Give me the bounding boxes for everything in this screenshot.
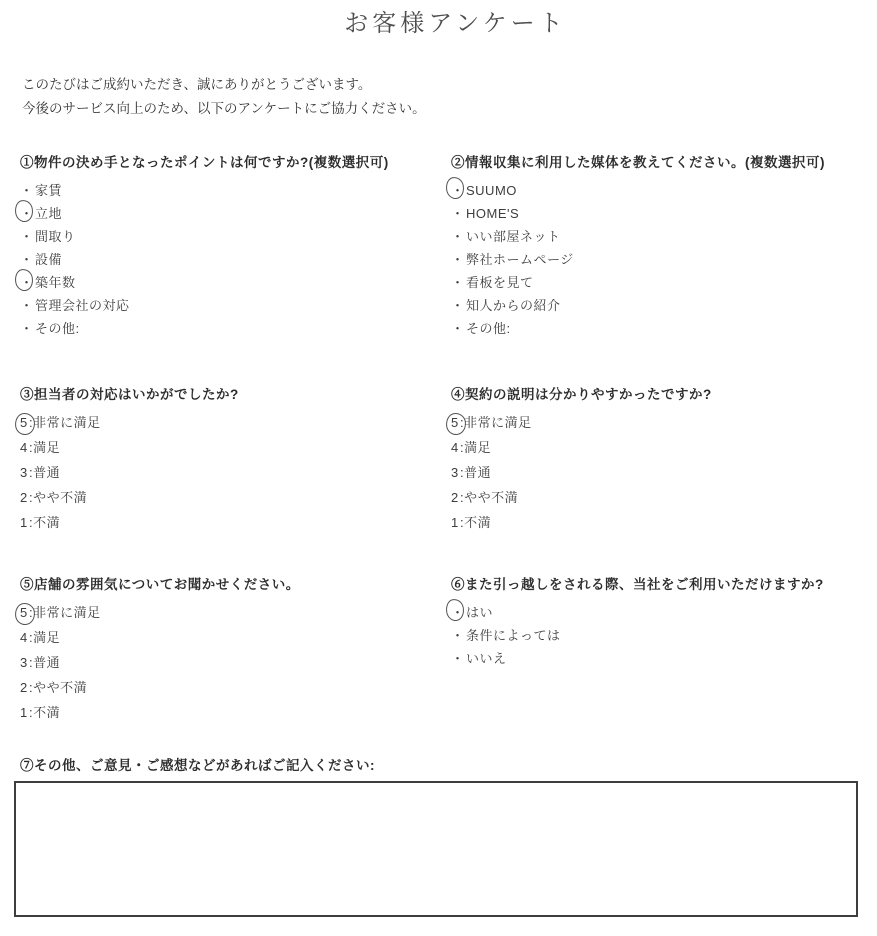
q2-option-suumo[interactable]: ・ SUUMO bbox=[451, 180, 825, 203]
bullet-marker: ・ bbox=[451, 180, 466, 199]
q4-options: 5 : 非常に満足 4 : 満足 3 : 普通 2 : やや不満 1 : bbox=[451, 412, 712, 537]
rating-number: 4 bbox=[20, 440, 29, 455]
intro-line-1: このたびはご成約いただき、誠にありがとうございます。 bbox=[22, 73, 426, 97]
q6-options: ・ はい ・ 条件によっては ・ いいえ bbox=[451, 602, 824, 671]
q4-option-rating-2[interactable]: 2 : やや不満 bbox=[451, 487, 712, 512]
option-label: 非常に満足 bbox=[33, 602, 101, 621]
rating-number: 5 bbox=[451, 415, 460, 430]
option-label: はい bbox=[466, 602, 493, 621]
option-label: 非常に満足 bbox=[464, 412, 532, 431]
q5-option-rating-1[interactable]: 1 : 不満 bbox=[20, 702, 300, 727]
q5-header: ⑤店舗の雰囲気についてお聞かせください。 bbox=[20, 576, 300, 594]
q6-option-depends[interactable]: ・ 条件によっては bbox=[451, 625, 824, 648]
question-4: ④契約の説明は分かりやすかったですか? 5 : 非常に満足 4 : 満足 3 :… bbox=[451, 386, 712, 537]
q5-option-rating-4[interactable]: 4 : 満足 bbox=[20, 627, 300, 652]
bullet-marker: ・ bbox=[20, 295, 35, 314]
question-2: ②情報収集に利用した媒体を教えてください。(複数選択可) ・ SUUMO ・ H… bbox=[451, 154, 825, 341]
bullet-marker: ・ bbox=[451, 648, 466, 667]
bullet-marker: ・ bbox=[451, 272, 466, 291]
option-label: やや不満 bbox=[464, 487, 518, 506]
q1-header: ①物件の決め手となったポイントは何ですか?(複数選択可) bbox=[20, 154, 389, 172]
q1-option-other[interactable]: ・ その他: bbox=[20, 318, 389, 341]
option-label: 普通 bbox=[33, 652, 60, 671]
option-label: 知人からの紹介 bbox=[466, 295, 561, 314]
rating-number: 3 bbox=[20, 655, 29, 670]
question-3: ③担当者の対応はいかがでしたか? 5 : 非常に満足 4 : 満足 3 : 普通… bbox=[20, 386, 239, 537]
option-label: やや不満 bbox=[33, 487, 87, 506]
rating-number: 2 bbox=[20, 680, 29, 695]
option-label: 非常に満足 bbox=[33, 412, 101, 431]
q6-option-yes[interactable]: ・ はい bbox=[451, 602, 824, 625]
rating-number: 3 bbox=[451, 465, 460, 480]
q4-option-rating-1[interactable]: 1 : 不満 bbox=[451, 512, 712, 537]
option-label: 不満 bbox=[33, 512, 60, 531]
q2-option-signboard[interactable]: ・ 看板を見て bbox=[451, 272, 825, 295]
option-label: 間取り bbox=[35, 226, 76, 245]
option-label: 普通 bbox=[33, 462, 60, 481]
rating-number: 1 bbox=[451, 515, 460, 530]
option-label: 不満 bbox=[33, 702, 60, 721]
option-label: 管理会社の対応 bbox=[35, 295, 130, 314]
q2-header: ②情報収集に利用した媒体を教えてください。(複数選択可) bbox=[451, 154, 825, 172]
q4-option-rating-3[interactable]: 3 : 普通 bbox=[451, 462, 712, 487]
bullet-marker: ・ bbox=[20, 180, 35, 199]
option-label: 築年数 bbox=[35, 272, 76, 291]
bullet-marker: ・ bbox=[451, 203, 466, 222]
rating-number: 2 bbox=[451, 490, 460, 505]
q5-option-rating-2[interactable]: 2 : やや不満 bbox=[20, 677, 300, 702]
q4-header: ④契約の説明は分かりやすかったですか? bbox=[451, 386, 712, 404]
q1-option-rent[interactable]: ・ 家賃 bbox=[20, 180, 389, 203]
rating-number: 3 bbox=[20, 465, 29, 480]
q3-option-rating-1[interactable]: 1 : 不満 bbox=[20, 512, 239, 537]
option-label: 不満 bbox=[464, 512, 491, 531]
option-label: 普通 bbox=[464, 462, 491, 481]
option-label: 条件によっては bbox=[466, 625, 561, 644]
rating-number: 5 bbox=[20, 415, 29, 430]
q5-option-rating-5[interactable]: 5 : 非常に満足 bbox=[20, 602, 300, 627]
question-5: ⑤店舗の雰囲気についてお聞かせください。 5 : 非常に満足 4 : 満足 3 … bbox=[20, 576, 300, 727]
bullet-marker: ・ bbox=[20, 249, 35, 268]
comments-box[interactable] bbox=[14, 781, 858, 917]
option-label: いい部屋ネット bbox=[466, 226, 561, 245]
rating-number: 1 bbox=[20, 705, 29, 720]
bullet-marker: ・ bbox=[451, 249, 466, 268]
q3-option-rating-3[interactable]: 3 : 普通 bbox=[20, 462, 239, 487]
q5-option-rating-3[interactable]: 3 : 普通 bbox=[20, 652, 300, 677]
q2-option-homes[interactable]: ・ HOME'S bbox=[451, 203, 825, 226]
question-7: ⑦その他、ご意見・ご感想などがあればご記入ください: bbox=[14, 757, 858, 917]
q5-options: 5 : 非常に満足 4 : 満足 3 : 普通 2 : やや不満 1 : bbox=[20, 602, 300, 727]
bullet-marker: ・ bbox=[20, 203, 35, 222]
option-label: やや不満 bbox=[33, 677, 87, 696]
option-label: その他: bbox=[466, 318, 511, 337]
option-label: 満足 bbox=[33, 437, 60, 456]
q4-option-rating-4[interactable]: 4 : 満足 bbox=[451, 437, 712, 462]
option-label: いいえ bbox=[466, 648, 507, 667]
q3-option-rating-5[interactable]: 5 : 非常に満足 bbox=[20, 412, 239, 437]
q6-header: ⑥また引っ越しをされる際、当社をご利用いただけますか? bbox=[451, 576, 824, 594]
rating-number: 2 bbox=[20, 490, 29, 505]
q1-options: ・ 家賃 ・ 立地 ・ 間取り ・ 設備 ・ 築年数 ・ 管理会社の対応 bbox=[20, 180, 389, 341]
q7-header: ⑦その他、ご意見・ご感想などがあればご記入ください: bbox=[20, 757, 858, 775]
option-label: SUUMO bbox=[466, 183, 517, 198]
rating-number: 5 bbox=[20, 605, 29, 620]
bullet-marker: ・ bbox=[451, 318, 466, 337]
intro-line-2: 今後のサービス向上のため、以下のアンケートにご協力ください。 bbox=[22, 97, 426, 121]
q1-option-management[interactable]: ・ 管理会社の対応 bbox=[20, 295, 389, 318]
q2-options: ・ SUUMO ・ HOME'S ・ いい部屋ネット ・ 弊社ホームページ ・ … bbox=[451, 180, 825, 341]
bullet-marker: ・ bbox=[20, 226, 35, 245]
intro-text: このたびはご成約いただき、誠にありがとうございます。 今後のサービス向上のため、… bbox=[22, 73, 426, 121]
page-title: お客様アンケート bbox=[17, 3, 877, 38]
q1-option-location[interactable]: ・ 立地 bbox=[20, 203, 389, 226]
q3-option-rating-2[interactable]: 2 : やや不満 bbox=[20, 487, 239, 512]
option-label: 立地 bbox=[35, 203, 62, 222]
bullet-marker: ・ bbox=[20, 272, 35, 291]
bullet-marker: ・ bbox=[20, 318, 35, 337]
q4-option-rating-5[interactable]: 5 : 非常に満足 bbox=[451, 412, 712, 437]
option-label: 看板を見て bbox=[466, 272, 534, 291]
rating-number: 4 bbox=[20, 630, 29, 645]
q2-option-company-homepage[interactable]: ・ 弊社ホームページ bbox=[451, 249, 825, 272]
rating-number: 4 bbox=[451, 440, 460, 455]
q3-option-rating-4[interactable]: 4 : 満足 bbox=[20, 437, 239, 462]
option-label: HOME'S bbox=[466, 206, 519, 221]
option-label: その他: bbox=[35, 318, 80, 337]
q1-option-layout[interactable]: ・ 間取り bbox=[20, 226, 389, 249]
option-label: 弊社ホームページ bbox=[466, 249, 574, 268]
option-label: 満足 bbox=[33, 627, 60, 646]
q1-option-equipment[interactable]: ・ 設備 bbox=[20, 249, 389, 272]
option-label: 満足 bbox=[464, 437, 491, 456]
question-1: ①物件の決め手となったポイントは何ですか?(複数選択可) ・ 家賃 ・ 立地 ・… bbox=[20, 154, 389, 341]
q2-option-referral[interactable]: ・ 知人からの紹介 bbox=[451, 295, 825, 318]
rating-number: 1 bbox=[20, 515, 29, 530]
bullet-marker: ・ bbox=[451, 295, 466, 314]
q3-options: 5 : 非常に満足 4 : 満足 3 : 普通 2 : やや不満 1 : bbox=[20, 412, 239, 537]
question-6: ⑥また引っ越しをされる際、当社をご利用いただけますか? ・ はい ・ 条件によっ… bbox=[451, 576, 824, 671]
q2-option-iiheya-net[interactable]: ・ いい部屋ネット bbox=[451, 226, 825, 249]
q2-option-other[interactable]: ・ その他: bbox=[451, 318, 825, 341]
option-label: 家賃 bbox=[35, 180, 62, 199]
bullet-marker: ・ bbox=[451, 602, 466, 621]
q3-header: ③担当者の対応はいかがでしたか? bbox=[20, 386, 239, 404]
bullet-marker: ・ bbox=[451, 625, 466, 644]
option-label: 設備 bbox=[35, 249, 62, 268]
q6-option-no[interactable]: ・ いいえ bbox=[451, 648, 824, 671]
survey-page: お客様アンケート このたびはご成約いただき、誠にありがとうございます。 今後のサ… bbox=[0, 0, 877, 936]
q1-option-building-age[interactable]: ・ 築年数 bbox=[20, 272, 389, 295]
bullet-marker: ・ bbox=[451, 226, 466, 245]
